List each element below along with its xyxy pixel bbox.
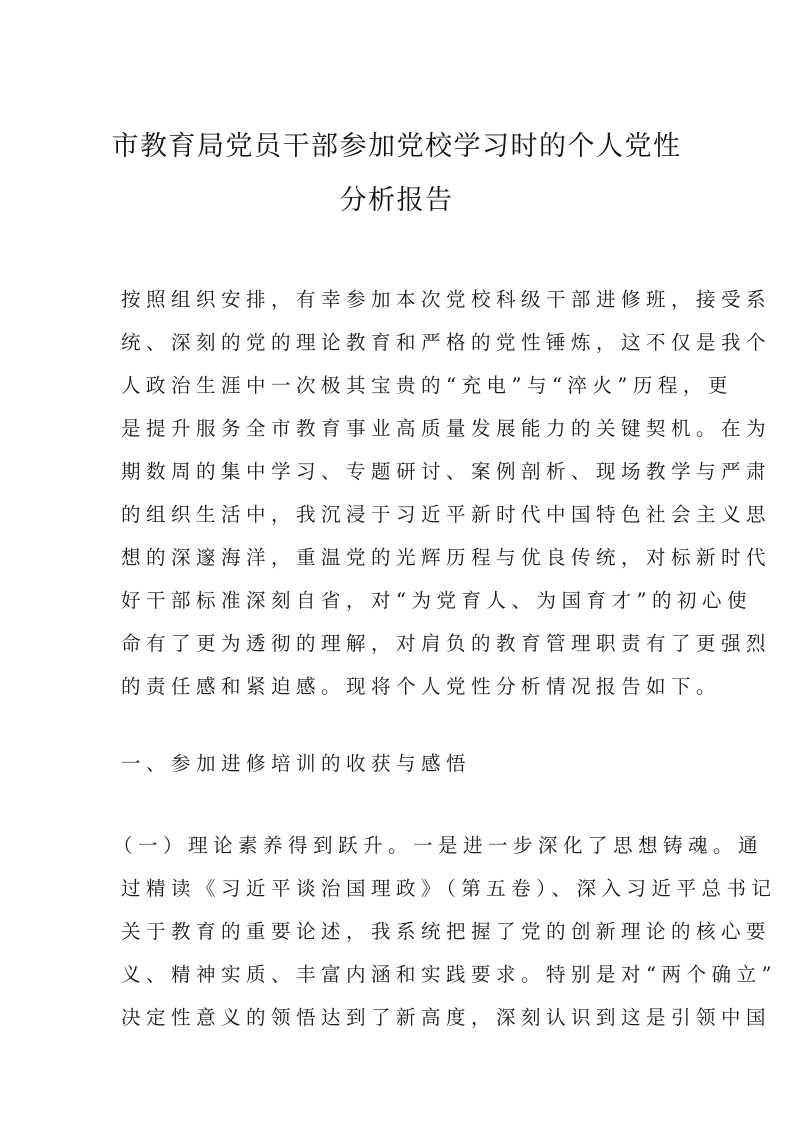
paragraph-line: 命有了更为透彻的理解，对肩负的教育管理职责有了更强烈 [121,628,681,656]
paragraph-line: 关于教育的重要论述，我系统把握了党的创新理论的核心要 [121,916,681,944]
paragraph-line: 过精读《习近平谈治国理政》（第五卷）、深入习近平总书记 [121,873,681,901]
document-title-line-2: 分析报告 [100,178,693,217]
paragraph-line: （一）理论素养得到跃升。一是进一步深化了思想铸魂。通 [113,830,673,858]
paragraph-line: 想的深邃海洋，重温党的光辉历程与优良传统，对标新时代 [121,542,681,570]
paragraph-line: 按照组织安排，有幸参加本次党校科级干部进修班，接受系 [121,284,681,312]
paragraph-line: 义、精神实质、丰富内涵和实践要求。特别是对“两个确立” [121,959,681,987]
paragraph-line: 好干部标准深刻自省，对“为党育人、为国育才”的初心使 [121,585,681,613]
document-page: 市教育局党员干部参加党校学习时的个人党性 分析报告 按照组织安排，有幸参加本次党… [0,0,793,1122]
paragraph-line: 人政治生涯中一次极其宝贵的“充电”与“淬火”历程，更 [121,370,681,398]
paragraph-line: 的责任感和紧迫感。现将个人党性分析情况报告如下。 [121,671,681,699]
paragraph-line: 是提升服务全市教育事业高质量发展能力的关键契机。在为 [121,413,681,441]
document-title-line-1: 市教育局党员干部参加党校学习时的个人党性 [100,124,693,163]
paragraph-line: 的组织生活中，我沉浸于习近平新时代中国特色社会主义思 [121,499,681,527]
paragraph-line: 决定性意义的领悟达到了新高度，深刻认识到这是引领中国 [121,1002,681,1030]
paragraph-line: 期数周的集中学习、专题研讨、案例剖析、现场教学与严肃 [121,456,681,484]
section-heading: 一、参加进修培训的收获与感悟 [121,748,681,776]
paragraph-line: 统、深刻的党的理论教育和严格的党性锤炼，这不仅是我个 [121,327,681,355]
